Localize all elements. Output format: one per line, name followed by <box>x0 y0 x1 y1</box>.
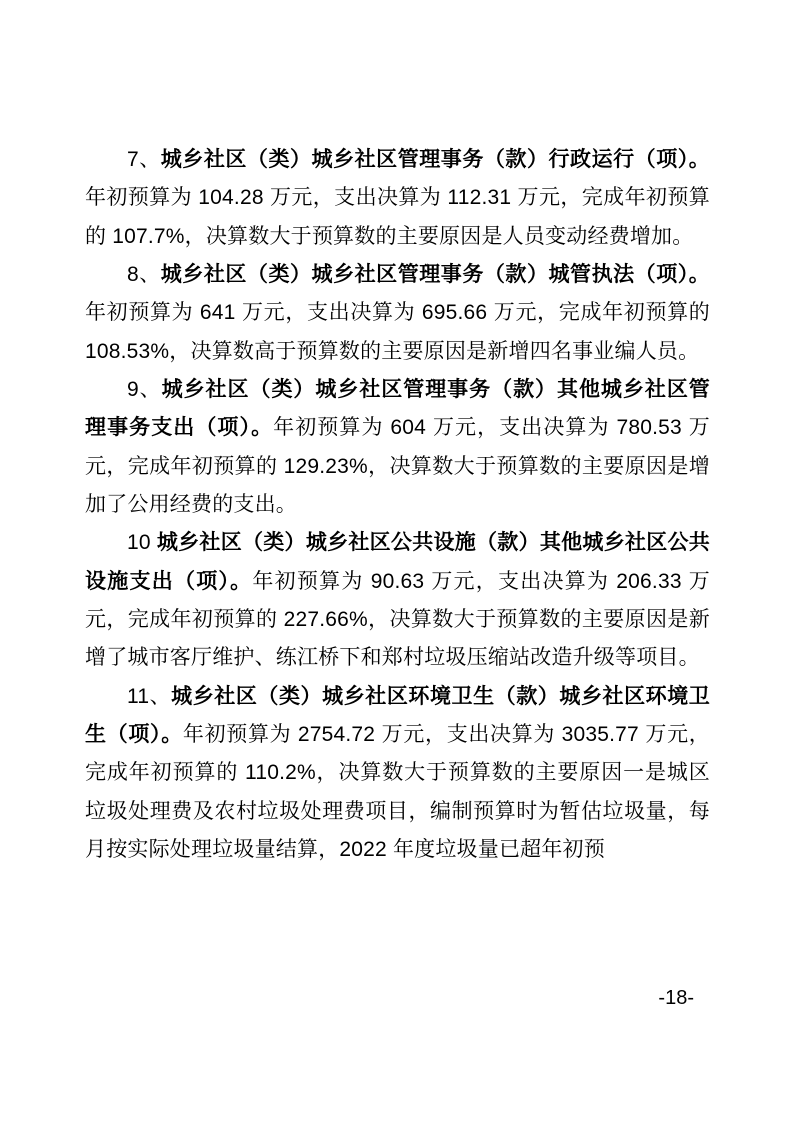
section-number: 8、 <box>127 263 161 286</box>
section-number: 9、 <box>127 378 162 401</box>
section-body: 年初预算为 104.28 万元，支出决算为 112.31 万元，完成年初预算的 … <box>85 186 710 247</box>
document-body: 7、城乡社区（类）城乡社区管理事务（款）行政运行（项）。年初预算为 104.28… <box>85 141 710 869</box>
section-number: 7、 <box>127 148 161 171</box>
section-number: 11、 <box>127 685 171 708</box>
section-number: 10 <box>127 531 157 554</box>
section-paragraph-8: 8、城乡社区（类）城乡社区管理事务（款）城管执法（项）。年初预算为 641 万元… <box>85 256 710 371</box>
section-paragraph-9: 9、城乡社区（类）城乡社区管理事务（款）其他城乡社区管理事务支出（项）。年初预算… <box>85 371 710 524</box>
page-number: -18- <box>658 988 694 1008</box>
section-title: 城乡社区（类）城乡社区管理事务（款）行政运行（项）。 <box>161 148 710 171</box>
section-body: 年初预算为 641 万元，支出决算为 695.66 万元，完成年初预算的 108… <box>85 301 710 362</box>
section-paragraph-7: 7、城乡社区（类）城乡社区管理事务（款）行政运行（项）。年初预算为 104.28… <box>85 141 710 256</box>
section-paragraph-11: 11、城乡社区（类）城乡社区环境卫生（款）城乡社区环境卫生（项）。年初预算为 2… <box>85 678 710 870</box>
section-paragraph-10: 10 城乡社区（类）城乡社区公共设施（款）其他城乡社区公共设施支出（项）。年初预… <box>85 524 710 677</box>
document-page: 7、城乡社区（类）城乡社区管理事务（款）行政运行（项）。年初预算为 104.28… <box>0 0 794 1122</box>
section-title: 城乡社区（类）城乡社区管理事务（款）城管执法（项）。 <box>161 263 710 286</box>
